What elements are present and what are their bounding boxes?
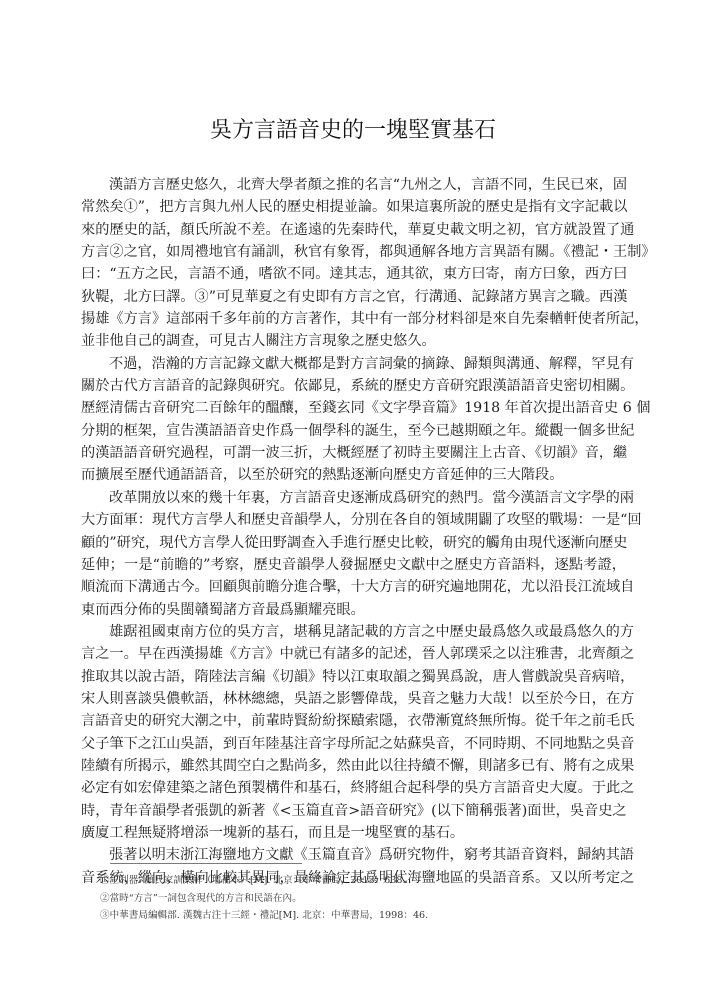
body-line: 不過，浩瀚的方言記錄文獻大概都是對方言詞彙的摘錄、歸類與溝通、解釋，罕見有 — [81, 353, 626, 375]
body-line: 必定有如宏偉建築之諸色預製構件和基石，終將組合起科學的吳方言語音史大廈。于此之 — [81, 777, 626, 799]
article-title: 吳方言語音史的一塊堅實基石 — [0, 116, 706, 146]
body-line: 陸續有所揭示，雖然其間空白之點尚多，然由此以往持續不懈，則諸多已有、將有之成果 — [81, 755, 626, 777]
body-line: 東而西分佈的吳閩贛蜀諸方音最爲顯耀亮眼。 — [81, 599, 626, 621]
body-line: 方言②之官，如周禮地官有誦訓，秋官有象胥，都與通解各地方言異語有關。《禮記・王制… — [81, 241, 626, 263]
footnote-3: ③中華書局編輯部. 漢魏古注十三經・禮記[M]. 北京：中華書局，1998：46… — [100, 907, 620, 925]
body-line: 推取其以說古語，隋陸法言編《切韻》特以江東取韻之獨異爲說，唐人嘗戲說吳音病喑， — [81, 666, 626, 688]
body-line: 並非他自己的調查，可見古人關注方言現象之歷史悠久。 — [81, 330, 626, 352]
body-line: 而擴展至歷代通語語音，以至於研究的熱點逐漸向歷史方音延伸的三大階段。 — [81, 464, 626, 486]
body-line: 常然矣①”，把方言與九州人民的歷史相提並論。如果這裏所說的歷史是指有文字記載以 — [81, 196, 626, 218]
body-line: 的漢語語音研究過程，可謂一波三折，大概經歷了初時主要關注上古音、《切韻》音，繼 — [81, 442, 626, 464]
footnote-divider — [110, 863, 302, 864]
body-line: 來的歷史的話，顏氏所說不差。在遙遠的先秦時代，華夏史載文明之初，官方就設置了通 — [81, 219, 626, 241]
body-line-text: 常然矣①”，把方言與九州人民的歷史相提並論。如果這裏所說的歷史是指有文字記載以 — [81, 199, 627, 215]
body-line: 分期的框架，宣告漢語語音史作爲一個學科的誕生，至今已越期頤之年。縱觀一個多世紀 — [81, 420, 626, 442]
footnote-1: ①王利器. 顏氏家訓集解（增補本）[M]. 北京：中華書局，2013：638. — [100, 872, 620, 890]
body-line: 雄踞祖國東南方位的吳方言，堪稱見諸記載的方言之中歷史最爲悠久或最爲悠久的方 — [81, 621, 626, 643]
body-line: 關於古代方言語音的記錄與研究。依鄙見，系統的歷史方音研究跟漢語語音史密切相關。 — [81, 375, 626, 397]
body-line: 歷經清儒古音研究二百餘年的醞釀，至錢玄同《文字學音篇》1918 年首次提出語音史… — [81, 397, 626, 419]
body-line: 曰：“五方之民，言語不通，嗜欲不同。達其志，通其欲，東方曰寄，南方曰象，西方曰 — [81, 263, 626, 285]
body-line: 延伸；一是“前瞻的”考察，歷史音韻學人發掘歷史文獻中之歷史方音語料，逐點考證， — [81, 554, 626, 576]
body-line: 時，青年音韻學者張凱的新著《<玉篇直音>語音研究》(以下簡稱張著)面世，吳音史之 — [81, 800, 626, 822]
body-line-text: 方言②之官，如周禮地官有誦訓，秋官有象胥，都與通解各地方言異語有關。《禮記・王制… — [81, 244, 656, 260]
article-body: 漢語方言歷史悠久，北齊大學者顏之推的名言“九州之人，言語不同，生民已來，固 常然… — [81, 174, 626, 889]
body-line: 宋人則喜談吳儂軟語，林林總總，吳語之影響偉哉，吳音之魅力大哉！以至於今日，在方 — [81, 688, 626, 710]
document-page: 吳方言語音史的一塊堅實基石 漢語方言歷史悠久，北齊大學者顏之推的名言“九州之人，… — [0, 0, 706, 982]
body-line-text: 狄鞮，北方曰譯。③”可見華夏之有史即有方言之官，行溝通、記錄諸方異言之職。西漢 — [81, 289, 627, 305]
body-line: 言之一。早在西漢揚雄《方言》中就已有諸多的記述，晉人郭璞采之以注雅書，北齊顏之 — [81, 643, 626, 665]
body-line: 大方面軍：現代方言學人和歷史音韻學人，分別在各自的領域開闢了攻堅的戰場：一是“回 — [81, 509, 626, 531]
body-line: 揚雄《方言》這部兩千多年前的方言著作，其中有一部分材料卻是來自先秦輶軒使者所記， — [81, 308, 626, 330]
body-line: 順流而下溝通古今。回顧與前瞻分進合擊，十大方言的研究遍地開花，尤以沿長江流域自 — [81, 576, 626, 598]
body-line: 狄鞮，北方曰譯。③”可見華夏之有史即有方言之官，行溝通、記錄諸方異言之職。西漢 — [81, 286, 626, 308]
footnote-2: ②當時“方言”一詞包含現代的方言和民語在內。 — [100, 890, 620, 908]
body-line: 改革開放以來的幾十年裏，方言語音史逐漸成爲研究的熱門。當今漢語言文字學的兩 — [81, 487, 626, 509]
body-line: 漢語方言歷史悠久，北齊大學者顏之推的名言“九州之人，言語不同，生民已來，固 — [81, 174, 626, 196]
footnotes: ①王利器. 顏氏家訓集解（增補本）[M]. 北京：中華書局，2013：638. … — [100, 872, 620, 925]
body-line: 父子筆下之江山吳語，到百年陸基注音字母所記之姑蘇吳音，不同時期、不同地點之吳音 — [81, 733, 626, 755]
body-line: 顧的”研究，現代方言學人從田野調查入手進行歷史比較，研究的觸角由現代逐漸向歷史 — [81, 532, 626, 554]
body-line: 廣廈工程無疑將增添一塊新的基石，而且是一塊堅實的基石。 — [81, 822, 626, 844]
body-line: 言語音史的研究大潮之中，前輩時賢紛紛探賾索隱，衣帶漸寬終無所悔。從千年之前毛氏 — [81, 710, 626, 732]
